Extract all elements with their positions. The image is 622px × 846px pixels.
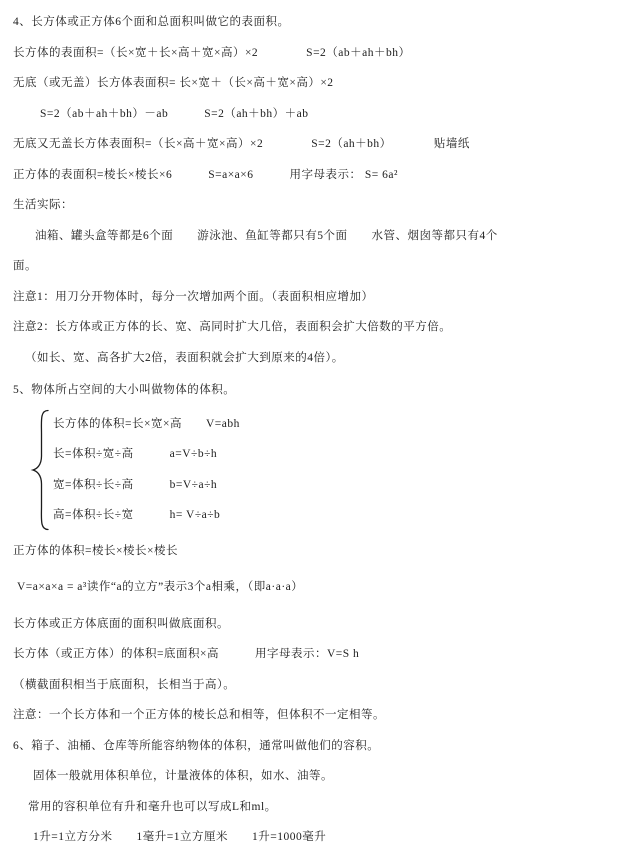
life-examples-line1: 油箱、罐头盒等都是6个面 游泳池、鱼缸等都只有5个面 水管、烟囱等都只有4个 (35, 221, 614, 252)
no-bottom-no-lid-formula: 无底又无盖长方体表面积=（长×高＋宽×高）×2 S=2（ah＋bh） 贴墙纸 (13, 129, 614, 160)
cube-volume-letter-formula: V=a×a×a = a³读作“a的立方”表示3个a相乘，（即a·a·a） (17, 572, 614, 603)
surface-area-note2: 注意2：长方体或正方体的长、宽、高同时扩大几倍，表面积会扩大倍数的平方倍。 (13, 312, 614, 343)
volume-base-area-formula: 长方体（或正方体）的体积=底面积×高 用字母表示：V=S h (13, 639, 614, 670)
surface-area-note1: 注意1：用刀分开物体时，每分一次增加两个面。（表面积相应增加） (13, 282, 614, 313)
section5-heading: 5、物体所占空间的大小叫做物体的体积。 (13, 375, 614, 406)
base-area-definition: 长方体或正方体底面的面积叫做底面积。 (13, 609, 614, 640)
cube-volume-formula: 正方体的体积=棱长×棱长×棱长 (13, 536, 614, 567)
life-examples-line2: 面。 (13, 251, 614, 282)
cuboid-surface-formula: 长方体的表面积=（长×宽＋长×高＋宽×高）×2 S=2（ab＋ah＋bh） (13, 38, 614, 69)
capacity-units-line1: 固体一般就用体积单位，计量液体的体积，如水、油等。 (33, 761, 614, 792)
left-brace-icon (30, 409, 51, 531)
section4-heading: 4、长方体或正方体6个面和总面积叫做它的表面积。 (13, 7, 614, 38)
no-bottom-surface-letter-formula: S=2（ab＋ah＋bh）－ab S=2（ah＋bh）＋ab (40, 99, 614, 130)
section6-heading: 6、箱子、油桶、仓库等所能容纳物体的体积，通常叫做他们的容积。 (13, 731, 614, 762)
capacity-conversions: 1升=1立方分米 1毫升=1立方厘米 1升=1000毫升 (33, 822, 614, 846)
length-formula: 长=体积÷宽÷高 a=V÷b÷h (53, 439, 240, 470)
cross-section-note: （横截面积相当于底面积，长相当于高）。 (13, 670, 614, 701)
cuboid-volume-formula: 长方体的体积=长×宽×高 V=abh (53, 409, 240, 440)
volume-formula-lines: 长方体的体积=长×宽×高 V=abh 长=体积÷宽÷高 a=V÷b÷h 宽=体积… (51, 409, 240, 531)
life-examples-heading: 生活实际： (13, 190, 614, 221)
capacity-units-line2: 常用的容积单位有升和毫升也可以写成L和ml。 (28, 792, 614, 823)
volume-formula-group: 长方体的体积=长×宽×高 V=abh 长=体积÷宽÷高 a=V÷b÷h 宽=体积… (30, 409, 614, 531)
width-formula: 宽=体积÷长÷高 b=V÷a÷h (53, 470, 240, 501)
no-bottom-surface-formula: 无底（或无盖）长方体表面积= 长×宽＋（长×高＋宽×高）×2 (13, 68, 614, 99)
cube-surface-formula: 正方体的表面积=棱长×棱长×6 S=a×a×6 用字母表示： S= 6a² (13, 160, 614, 191)
height-formula: 高=体积÷长÷宽 h= V÷a÷b (53, 500, 240, 531)
math-notes-page: 4、长方体或正方体6个面和总面积叫做它的表面积。 长方体的表面积=（长×宽＋长×… (0, 0, 622, 846)
volume-note: 注意：一个长方体和一个正方体的棱长总和相等，但体积不一定相等。 (13, 700, 614, 731)
surface-area-note2-example: （如长、宽、高各扩大2倍，表面积就会扩大到原来的4倍）。 (25, 343, 614, 374)
